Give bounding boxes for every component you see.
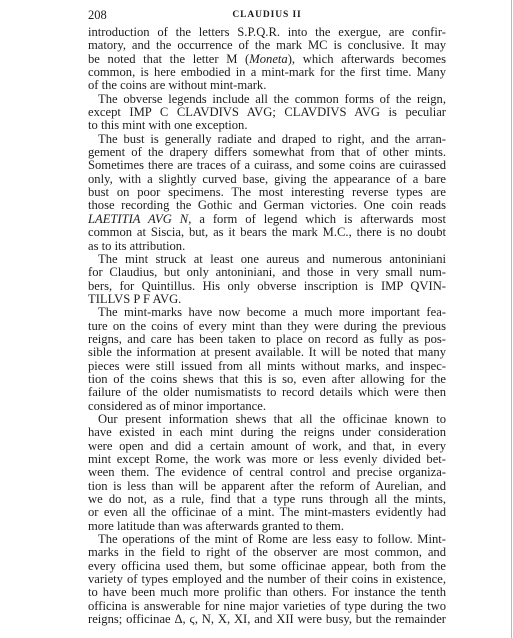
text-line: The bust is generally radiate and draped… — [88, 133, 446, 146]
italic-term: LAETITIA AVG N — [88, 212, 188, 226]
paragraph-3: The bust is generally radiate and draped… — [88, 133, 446, 253]
paragraph-2: The obverse legends include all the comm… — [88, 93, 446, 133]
text-line: common, is here embodied in a mint-mark … — [88, 66, 446, 79]
text-line: gement of the drapery differs somewhat f… — [88, 146, 446, 159]
running-head: 208 CLAUDIUS II — [88, 8, 446, 22]
text-line: The obverse legends include all the comm… — [88, 93, 446, 106]
paragraph-1: introduction of the letters S.P.Q.R. int… — [88, 26, 446, 93]
text-line: have existed in each mint during the rei… — [88, 426, 446, 439]
text-line-with-italic: be noted that the letter M (Moneta), whi… — [88, 53, 446, 66]
body-text: introduction of the letters S.P.Q.R. int… — [88, 26, 446, 626]
text-line: Our present information shews that all t… — [88, 413, 446, 426]
text-line: considered as of minor importance. — [88, 400, 446, 413]
chapter-title: CLAUDIUS II — [88, 9, 446, 21]
text-line: tion of the coins shews that this is so,… — [88, 373, 446, 386]
text-line: only, with a slightly curved base, givin… — [88, 173, 446, 186]
page-edge-line — [511, 0, 512, 638]
text-line: except IMP C CLAVDIVS AVG; CLAVDIVS AVG … — [88, 106, 446, 119]
text-line: more latitude than was afterwards grante… — [88, 520, 446, 533]
text-line: pieces were still issued from all mints … — [88, 360, 446, 373]
text-line: to have been much more prolific than oth… — [88, 586, 446, 599]
text-line: The mint-marks have now become a much mo… — [88, 306, 446, 319]
paragraph-4: The mint struck at least one aureus and … — [88, 253, 446, 306]
text-line: or even all the officinae of a mint. The… — [88, 506, 446, 519]
text-line: of the coins are without mint-mark. — [88, 79, 446, 92]
text-line: TILLVS P F AVG. — [88, 293, 446, 306]
text-line: officina is answerable for nine major va… — [88, 600, 446, 613]
text-line: sible the information at present availab… — [88, 346, 446, 359]
text-line: reigns, and care has been taken to place… — [88, 333, 446, 346]
text-line: to this mint with one exception. — [88, 119, 446, 132]
text-line: matory, and the occurrence of the mark M… — [88, 39, 446, 52]
text-line: introduction of the letters S.P.Q.R. int… — [88, 26, 446, 39]
paragraph-5: The mint-marks have now become a much mo… — [88, 306, 446, 413]
text-line: tion is less than will be apparent after… — [88, 480, 446, 493]
text-line: those recording the Gothic and German vi… — [88, 199, 446, 212]
text-line: we do not, as a rule, find that a type r… — [88, 493, 446, 506]
text-line: for Claudius, but only antoniniani, and … — [88, 266, 446, 279]
text-line: reigns; officinae Δ, ϛ, N, X, XI, and XI… — [88, 613, 446, 626]
text-line: common at Siscia, but, as it bears the m… — [88, 226, 446, 239]
italic-term: Moneta — [249, 52, 287, 66]
text-line: failure of the older numismatists to rec… — [88, 386, 446, 399]
text-line: marks in the field to right of the obser… — [88, 546, 446, 559]
text-line: The operations of the mint of Rome are l… — [88, 533, 446, 546]
text-line: mint except Rome, the work was more or l… — [88, 453, 446, 466]
text-line: Sometimes there are traces of a cuirass,… — [88, 159, 446, 172]
text-line: bers, for Quintillus. His only obverse i… — [88, 280, 446, 293]
text-line: every officina used them, but some offic… — [88, 560, 446, 573]
text-line: bust on poor specimens. The most interes… — [88, 186, 446, 199]
paragraph-6: Our present information shews that all t… — [88, 413, 446, 533]
text-line: ture on the coins of every mint than the… — [88, 320, 446, 333]
text-line: ween them. The evidence of central contr… — [88, 466, 446, 479]
text-line: The mint struck at least one aureus and … — [88, 253, 446, 266]
text-line: as to its attribution. — [88, 240, 446, 253]
text-line: were open and did a certain amount of wo… — [88, 440, 446, 453]
text-line: variety of types employed and the number… — [88, 573, 446, 586]
paragraph-7: The operations of the mint of Rome are l… — [88, 533, 446, 626]
text-line-with-italic: LAETITIA AVG N, a form of legend which i… — [88, 213, 446, 226]
